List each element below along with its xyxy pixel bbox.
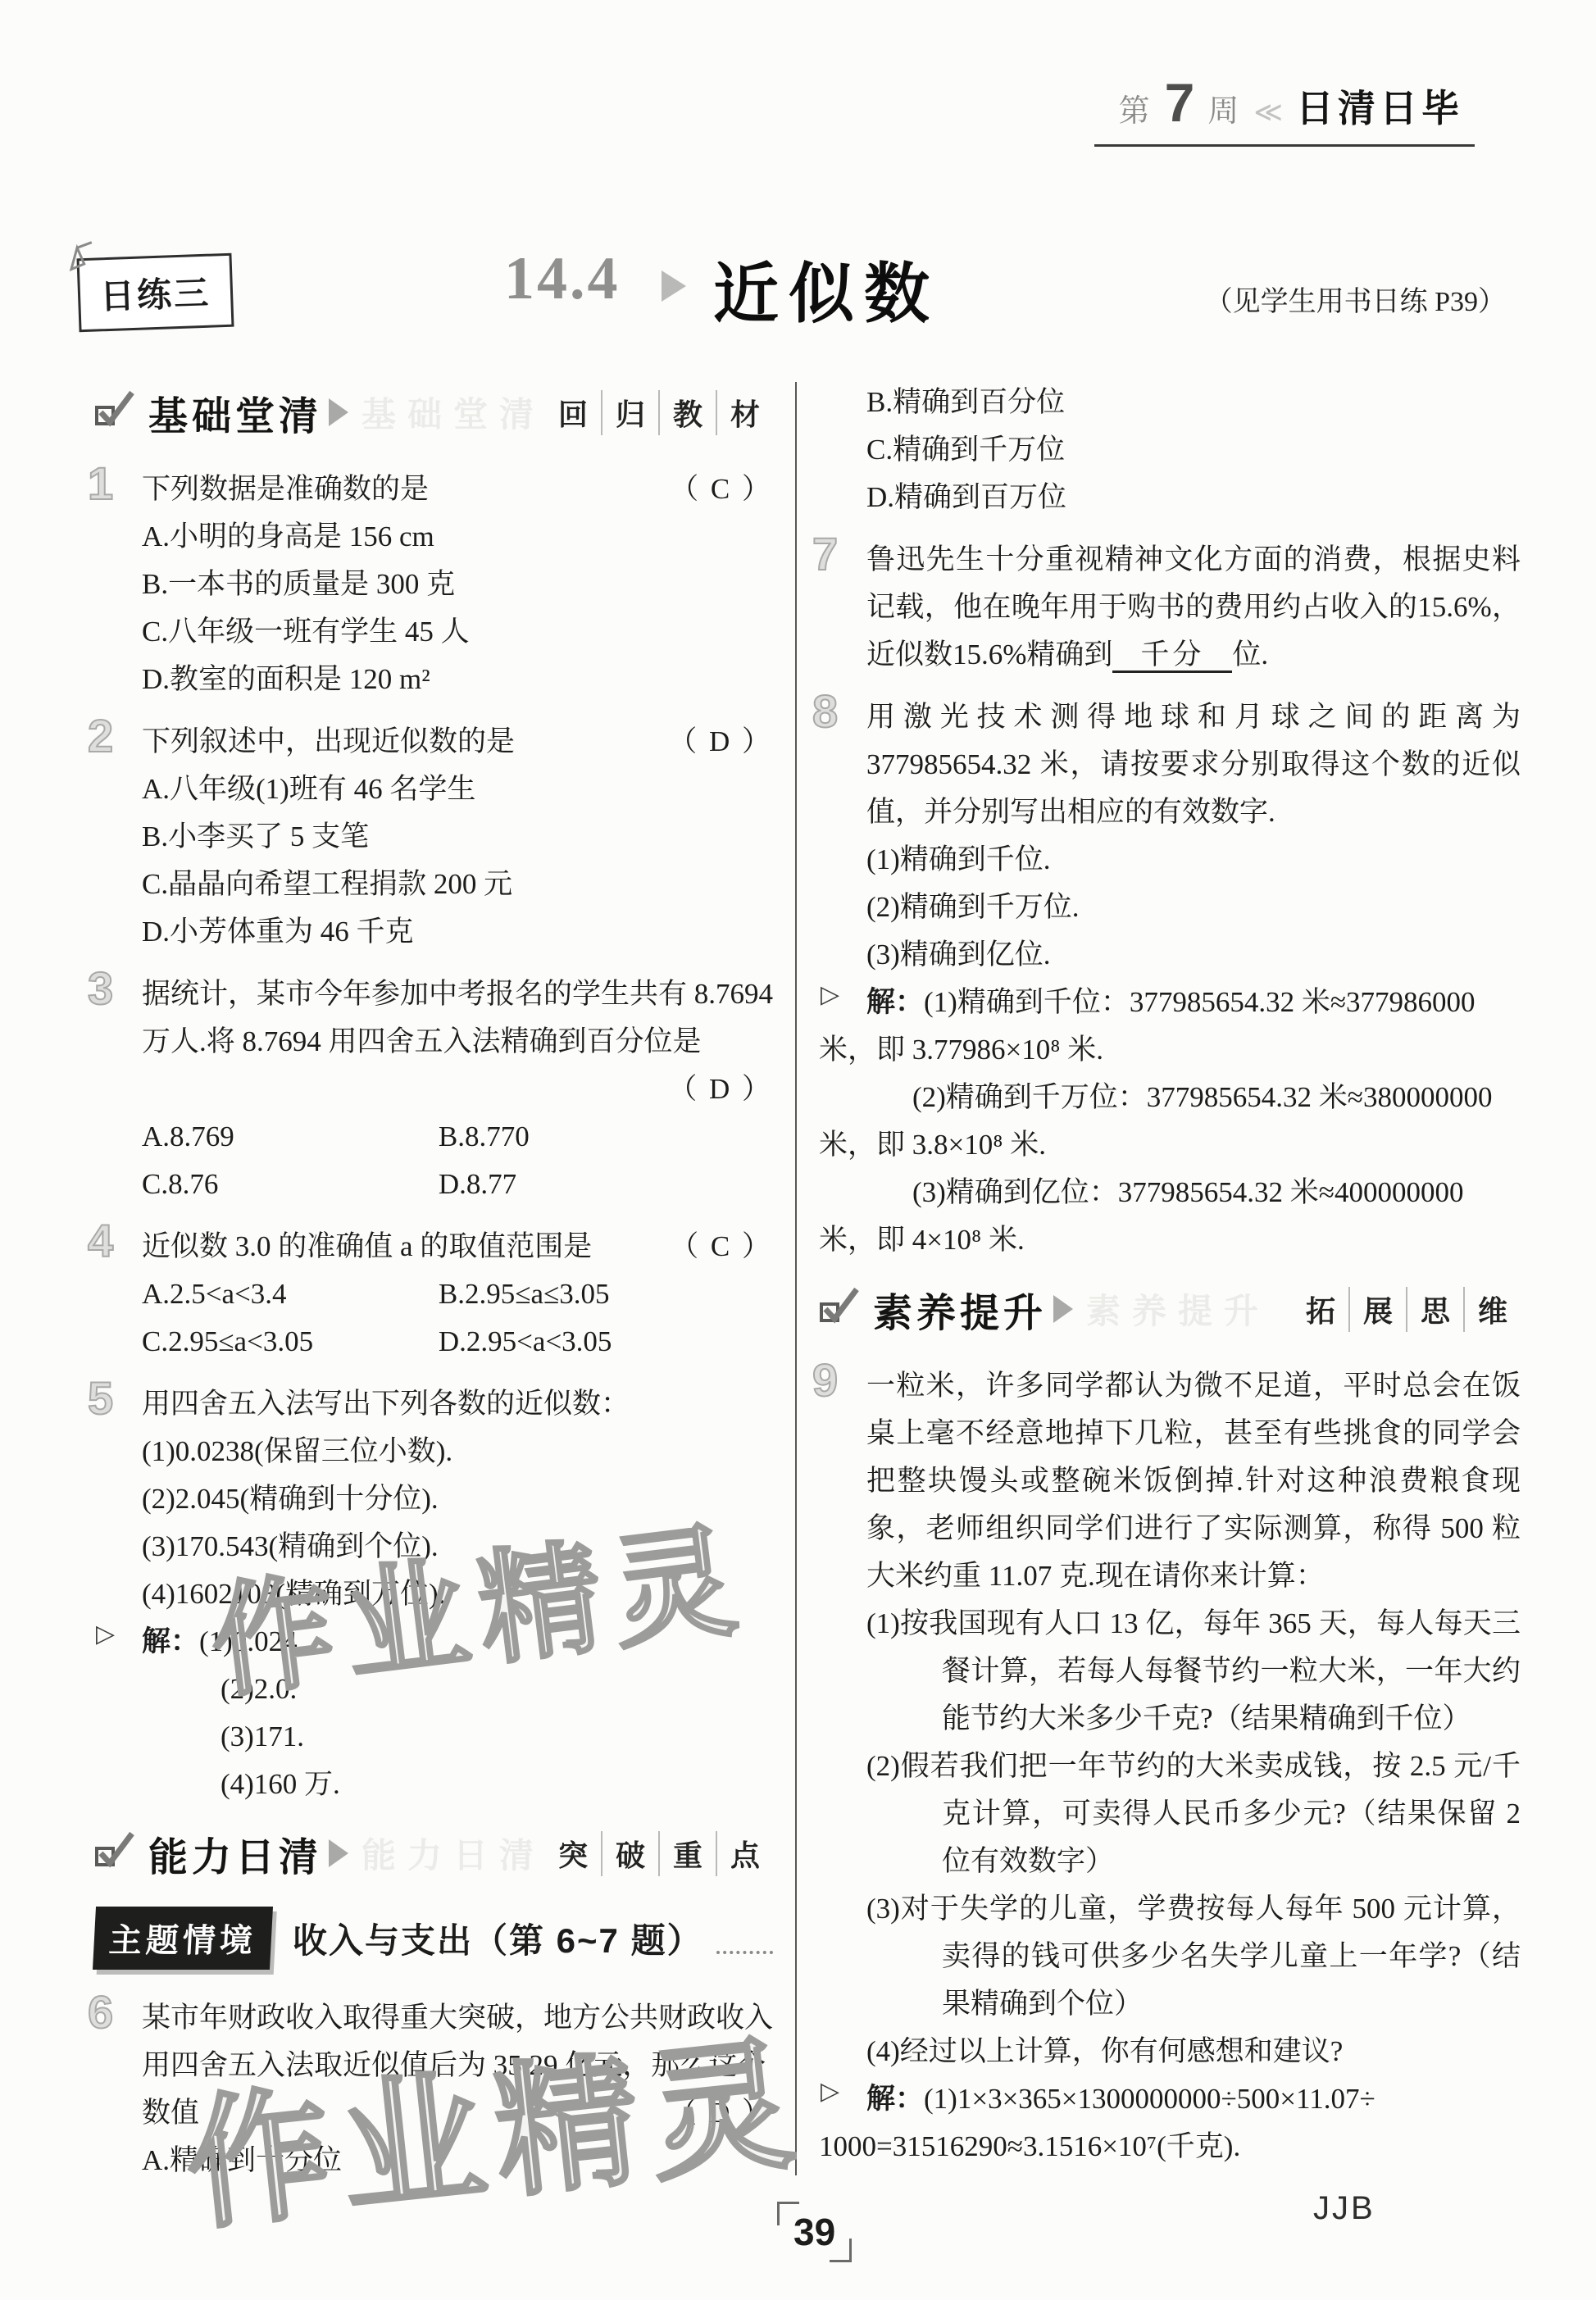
section-tag-basic: 回归教材 [545, 390, 773, 435]
question-text: 下列叙述中，出现近似数的是 [142, 718, 515, 766]
section-header-ability: 能力日清 能力日清 突破重点 [94, 1823, 773, 1884]
triangle-marker-icon: ▷ [821, 2077, 839, 2106]
question-number: 5 [88, 1375, 113, 1421]
theme-context-row: 主题情境 收入与支出（第 6~7 题） [94, 1907, 773, 1970]
question-number: 7 [812, 531, 838, 577]
question-9: 9 一粒米，许多同学都认为微不足道，平时总会在饭桌上毫不经意地掉下几粒，甚至有些… [819, 1362, 1521, 2170]
section-title-ghost: 能力日清 [361, 1829, 545, 1878]
section-title-basic: 基础堂清 [148, 384, 322, 441]
question-number: 3 [88, 966, 113, 1011]
option-c: C.2.95≤a<3.05 [142, 1318, 439, 1366]
question-2: 2 下列叙述中，出现近似数的是（ D ） A.八年级(1)班有 46 名学生 B… [94, 718, 773, 956]
theme-badge: 主题情境 [93, 1907, 273, 1970]
solution-block: ▷ 解：(1)精确到千位：377985654.32 米≈377986000 米，… [866, 979, 1521, 1264]
sub-item-4: (4)经过以上计算，你有何感想和建议? [866, 2028, 1521, 2075]
ribbon-icon [1053, 1295, 1073, 1323]
question-text-after-blank: 位. [1232, 639, 1268, 670]
right-column: B.精确到百分位 C.精确到千万位 D.精确到百万位 7 鲁迅先生十分重视精神文… [819, 379, 1521, 2184]
solution-text: 1000=31516290≈3.1516×10⁷(千克). [819, 2123, 1521, 2170]
option-a: A.精确到十分位 [142, 2137, 773, 2184]
solution-text: 米，即 3.77986×10⁸ 米. [819, 1026, 1521, 1074]
option-a: A.2.5<a<3.4 [142, 1270, 439, 1318]
tag-char: 思 [1406, 1287, 1463, 1332]
week-label-post: 周 [1207, 85, 1240, 130]
column-divider [795, 382, 797, 2175]
section-header-literacy: 素养提升 素养提升 拓展思维 [819, 1279, 1521, 1339]
option-b: B.精确到百分位 [866, 379, 1521, 426]
option-a: A.八年级(1)班有 46 名学生 [142, 766, 773, 813]
question-number: 8 [812, 689, 838, 734]
question-text: 某市年财政收入取得重大突破，地方公共财政收入用四舍五入法取近似值后为 35.29… [142, 1994, 773, 2089]
question-1: 1 下列数据是准确数的是（ C ） A.小明的身高是 156 cm B.一本书的… [94, 466, 773, 703]
printed-answer: （ D ） [668, 718, 773, 766]
option-b: B.一本书的质量是 300 克 [142, 561, 773, 608]
section-title-literacy: 素养提升 [873, 1281, 1047, 1338]
sub-item-1: (1)按我国现有人口 13 亿，每年 365 天，每人每天三餐计算，若每人每餐节… [866, 1600, 1521, 1743]
option-d: D.精确到百万位 [866, 474, 1521, 521]
section-header-basic: 基础堂清 基础堂清 回归教材 [94, 382, 773, 443]
solution-block: ▷ 解：(1)1×3×365×1300000000÷500×11.07÷ 100… [866, 2075, 1521, 2170]
option-c: C.8.76 [142, 1161, 439, 1208]
solution-text: (2)2.0. [142, 1666, 773, 1713]
theme-title: 收入与支出（第 6~7 题） [293, 1914, 703, 1963]
sub-item-2: (2)假若我们把一年节约的大米卖成钱，按 2.5 元/千克计算，可卖得人民币多少… [866, 1743, 1521, 1885]
sub-item-3: (3)对于失学的儿童，学费按每人每年 500 元计算，卖得的钱可供多少名失学儿童… [866, 1885, 1521, 2028]
page-number: 39 [777, 2202, 852, 2262]
arrow-right-icon [662, 270, 686, 302]
two-column-layout: 基础堂清 基础堂清 回归教材 1 下列数据是准确数的是（ C ） A.小明的身高… [94, 379, 1521, 2184]
ribbon-icon [329, 398, 348, 426]
question-number: 1 [88, 461, 113, 507]
question-number: 2 [88, 713, 113, 759]
option-d: D.2.95<a<3.05 [439, 1318, 773, 1366]
printed-answer: （ C ） [670, 1223, 773, 1270]
sub-item-2: (2)精确到千万位. [866, 884, 1521, 931]
checkmark-icon [94, 388, 137, 438]
tag-char: 突 [545, 1831, 601, 1876]
solution-text: (3)171. [142, 1713, 773, 1761]
sub-item-1: (1)精确到千位. [866, 836, 1521, 884]
option-c: C.精确到千万位 [866, 426, 1521, 474]
fill-in-blank: 千分 [1112, 639, 1232, 673]
option-d: D.小芳体重为 46 千克 [142, 908, 773, 956]
worksheet-page: 第 7 周 ≪ 日清日毕 日练三 14.4 近似数 （见学生用书日练 P39） … [0, 0, 1596, 2300]
tag-char: 材 [716, 390, 773, 435]
question-text-last-line: 数值 [142, 2089, 199, 2137]
question-text: 用四舍五入法写出下列各数的近似数： [142, 1380, 773, 1428]
solution-label: 解： [142, 1625, 199, 1657]
tag-char: 归 [601, 390, 658, 435]
solution-text: (1)0.024. [199, 1625, 304, 1657]
dotted-rule [716, 1923, 773, 1954]
tag-char: 教 [658, 390, 716, 435]
section-title-ability: 能力日清 [148, 1825, 322, 1882]
ribbon-icon [329, 1839, 348, 1867]
student-book-reference: （见学生用书日练 P39） [1205, 279, 1506, 319]
question-text: 下列数据是准确数的是 [142, 466, 429, 513]
solution-text: (1)精确到千位：377985654.32 米≈377986000 [924, 986, 1476, 1018]
left-column: 基础堂清 基础堂清 回归教材 1 下列数据是准确数的是（ C ） A.小明的身高… [94, 379, 773, 2184]
section-number: 14.4 [504, 243, 621, 316]
week-label-pre: 第 [1119, 85, 1152, 130]
question-number: 6 [88, 1989, 113, 2035]
option-c: C.晶晶向希望工程捐款 200 元 [142, 861, 773, 908]
solution-text: (4)160 万. [142, 1761, 773, 1808]
sub-item-4: (4)1602108(精确到万位). [142, 1570, 773, 1618]
edition-code: JJB [1313, 2190, 1375, 2227]
sub-item-3: (3)170.543(精确到个位). [142, 1523, 773, 1570]
title-bar: 日练三 14.4 近似数 （见学生用书日练 P39） [78, 243, 1506, 357]
section-title-ghost: 素养提升 [1086, 1284, 1293, 1334]
printed-answer: （ C ） [670, 466, 773, 513]
question-text: 近似数 3.0 的准确值 a 的取值范围是 [142, 1223, 592, 1270]
printed-answer: （ D ） [142, 1066, 773, 1113]
question-4: 4 近似数 3.0 的准确值 a 的取值范围是（ C ） A.2.5<a<3.4… [94, 1223, 773, 1366]
question-text: 用激光技术测得地球和月球之间的距离为 377985654.32 米，请按要求分别… [866, 693, 1521, 836]
solution-label: 解： [866, 2083, 924, 2115]
tag-char: 展 [1348, 1287, 1406, 1332]
week-number: 7 [1165, 75, 1195, 130]
sub-item-3: (3)精确到亿位. [866, 931, 1521, 979]
section-title-ghost: 基础堂清 [361, 388, 545, 437]
option-b: B.2.95≤a≤3.05 [439, 1270, 773, 1318]
triangle-marker-icon: ▷ [96, 1620, 115, 1648]
option-b: B.小李买了 5 支笔 [142, 813, 773, 861]
option-d: D.教室的面积是 120 m² [142, 656, 773, 703]
week-header: 第 7 周 ≪ 日清日毕 [1094, 75, 1475, 147]
option-a: A.8.769 [142, 1113, 439, 1161]
solution-label: 解： [866, 986, 924, 1018]
question-number: 9 [812, 1357, 838, 1403]
page-title: 近似数 [713, 241, 939, 335]
sub-item-2: (2)2.045(精确到十分位). [142, 1475, 773, 1523]
option-c: C.八年级一班有学生 45 人 [142, 608, 773, 656]
solution-text: 米，即 4×10⁸ 米. [819, 1216, 1521, 1264]
options-grid: A.2.5<a<3.4 B.2.95≤a≤3.05 C.2.95≤a<3.05 … [142, 1270, 773, 1366]
question-8: 8 用激光技术测得地球和月球之间的距离为 377985654.32 米，请按要求… [819, 693, 1521, 1264]
question-6: 6 某市年财政收入取得重大突破，地方公共财政收入用四舍五入法取近似值后为 35.… [94, 1994, 773, 2184]
sub-item-1: (1)0.0238(保留三位小数). [142, 1428, 773, 1475]
pencil-doodle-icon [67, 239, 105, 281]
tag-char: 拓 [1293, 1287, 1348, 1332]
masthead-title: 日清日毕 [1296, 79, 1463, 133]
option-b: B.8.770 [439, 1113, 773, 1161]
lesson-badge: 日练三 [76, 253, 234, 333]
question-text: 一粒米，许多同学都认为微不足道，平时总会在饭桌上毫不经意地掉下几粒，甚至有些挑食… [866, 1362, 1521, 1600]
triangle-marker-icon: ▷ [821, 980, 839, 1009]
question-text: 鲁迅先生十分重视精神文化方面的消费，根据史料记载，他在晚年用于购书的费用约占收入… [866, 536, 1521, 679]
solution-text: 米，即 3.8×10⁸ 米. [819, 1121, 1521, 1169]
tag-char: 点 [716, 1831, 773, 1876]
solution-text: (3)精确到亿位：377985654.32 米≈400000000 [866, 1169, 1521, 1216]
question-5: 5 用四舍五入法写出下列各数的近似数： (1)0.0238(保留三位小数). (… [94, 1380, 773, 1808]
section-tag-literacy: 拓展思维 [1293, 1287, 1521, 1332]
option-d: D.8.77 [439, 1161, 773, 1208]
options-grid: A.8.769 B.8.770 C.8.76 D.8.77 [142, 1113, 773, 1208]
question-7: 7 鲁迅先生十分重视精神文化方面的消费，根据史料记载，他在晚年用于购书的费用约占… [819, 536, 1521, 679]
question-text: 据统计，某市今年参加中考报名的学生共有 8.7694 万人.将 8.7694 用… [142, 970, 773, 1066]
tag-char: 破 [601, 1831, 658, 1876]
solution-text: (1)1×3×365×1300000000÷500×11.07÷ [924, 2083, 1375, 2115]
solution-block: ▷ 解：(1)0.024. (2)2.0. (3)171. (4)160 万. [142, 1618, 773, 1808]
section-tag-ability: 突破重点 [545, 1831, 773, 1876]
tag-char: 维 [1463, 1287, 1521, 1332]
checkmark-icon [819, 1284, 862, 1334]
option-a: A.小明的身高是 156 cm [142, 513, 773, 561]
checkmark-icon [94, 1829, 137, 1879]
chevrons-icon: ≪ [1253, 96, 1283, 129]
tag-char: 回 [545, 390, 601, 435]
solution-text: (2)精确到千万位：377985654.32 米≈380000000 [866, 1074, 1521, 1121]
lesson-badge-label: 日练三 [99, 274, 211, 316]
question-number: 4 [88, 1218, 113, 1264]
question-3: 3 据统计，某市今年参加中考报名的学生共有 8.7694 万人.将 8.7694… [94, 970, 773, 1208]
tag-char: 重 [658, 1831, 716, 1876]
printed-answer: （ D ） [668, 2089, 773, 2137]
question-6-options-continued: B.精确到百分位 C.精确到千万位 D.精确到百万位 [819, 379, 1521, 521]
